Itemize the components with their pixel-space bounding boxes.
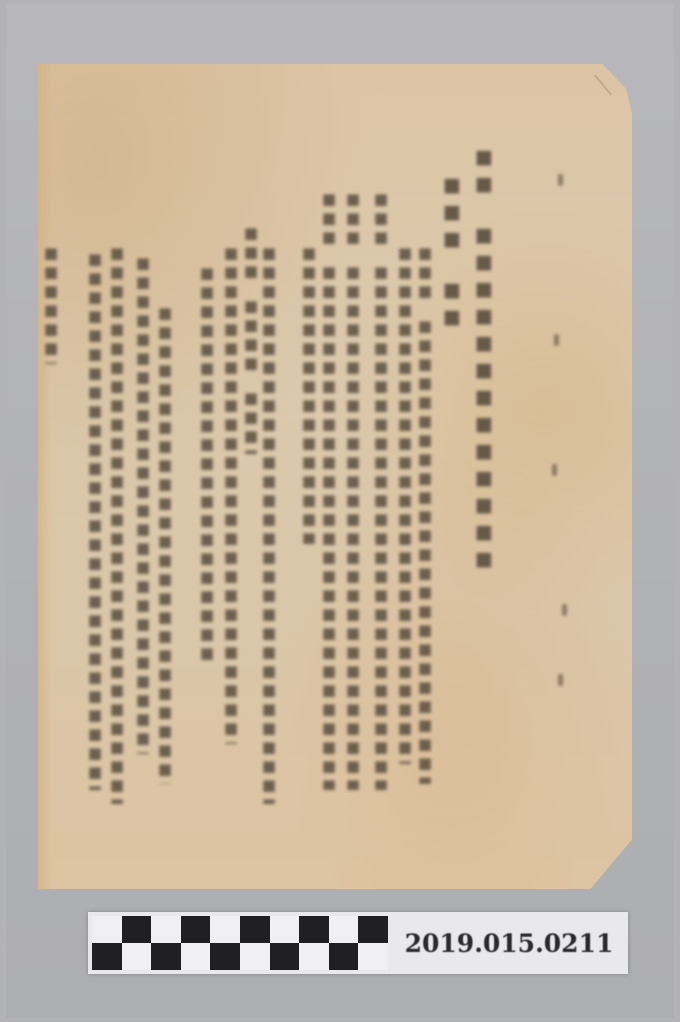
- scale-square-dark: [181, 916, 211, 943]
- scale-square-light: [181, 943, 211, 970]
- text-column: ■■■ ■■■■■■■■■■■■■■■■■■■■■■■■■■■■■■■■■: [416, 244, 433, 784]
- pencil-mark: [558, 174, 563, 186]
- scale-square-light: [299, 943, 329, 970]
- scale-square-light: [210, 916, 240, 943]
- text-column: ■■■■■■■■■■■■■■■■■■■■■■■■■■■■■■■■■■: [260, 244, 277, 804]
- document-subtitle-column: ■■■ ■■: [442, 174, 462, 474]
- scale-square-dark: [92, 943, 122, 970]
- text-column: ■■■ ■■■■■■■■■■■■■■■■■■■■■■■■■■■■■■■: [344, 190, 361, 790]
- margin-text-column: ■■■■■■■: [42, 244, 59, 364]
- pencil-mark: [554, 334, 559, 346]
- document-sheet: ■■ ■■■■■■■■■■■■■ ■■■ ■■ ■■■ ■■■■■■■■■■■■…: [38, 64, 632, 889]
- scale-square-light: [329, 916, 359, 943]
- scale-square-light: [358, 943, 388, 970]
- document-title-column: ■■ ■■■■■■■■■■■■■: [474, 146, 494, 666]
- section-heading-column: ■■■ ■■■■ ■■■■: [242, 224, 259, 454]
- accession-number: 2019.015.0211: [394, 918, 624, 968]
- scale-square-dark: [122, 916, 152, 943]
- scale-square-light: [122, 943, 152, 970]
- paper-edge-stain: [38, 64, 52, 889]
- text-column: ■■■■■■■■■■■■■■■■■■■■■■■■■■■■■■: [156, 304, 173, 784]
- scale-square-dark: [358, 916, 388, 943]
- pencil-mark: [558, 674, 563, 686]
- text-column: ■■■■■■■■■■■■■■■■■■■■■■■■■■■■■■■■: [396, 244, 413, 764]
- scale-square-dark: [270, 943, 300, 970]
- text-column: ■■■■■■■■■■■■■■■■■■■■■■■■■■■■■■■■■■: [108, 244, 125, 804]
- text-column: ■■■■■■■■■■■■■■■■■■■■■■■■■■■■■■■■: [222, 244, 239, 744]
- scale-square-dark: [210, 943, 240, 970]
- pencil-mark: [562, 604, 567, 616]
- scale-square-dark: [151, 943, 181, 970]
- scale-square-dark: [240, 916, 270, 943]
- scale-square-dark: [299, 916, 329, 943]
- scale-square-dark: [329, 943, 359, 970]
- checkerboard-scale: [92, 916, 388, 970]
- scale-square-light: [151, 916, 181, 943]
- text-column: ■■■■■■■■■■■■■■■■■■■■■■■■■■■■■■: [134, 254, 151, 754]
- text-column: ■■■■■■■■■■■■■■■■■: [300, 244, 317, 544]
- text-column: ■■■■■■■■■■■■■■■■■■■■■■■■■■■■■■■■■■■: [86, 250, 103, 790]
- color-scale-bar: 2019.015.0211: [88, 912, 628, 974]
- text-column: ■■■■■■■■■■■■■■■■■■■■■■■■■■: [198, 264, 215, 664]
- corner-fold-mark: [594, 74, 612, 95]
- scale-square-light: [92, 916, 122, 943]
- scale-square-light: [270, 916, 300, 943]
- pencil-mark: [552, 464, 557, 476]
- scale-square-light: [240, 943, 270, 970]
- text-column: ■■■ ■■■■■■■■■■■■■■■■■■■■■■■■■■■■■■■: [372, 190, 389, 790]
- text-column: ■■■ ■■■■■■■■■■■■■■■■■■■■■■■■■■■■■: [320, 190, 337, 790]
